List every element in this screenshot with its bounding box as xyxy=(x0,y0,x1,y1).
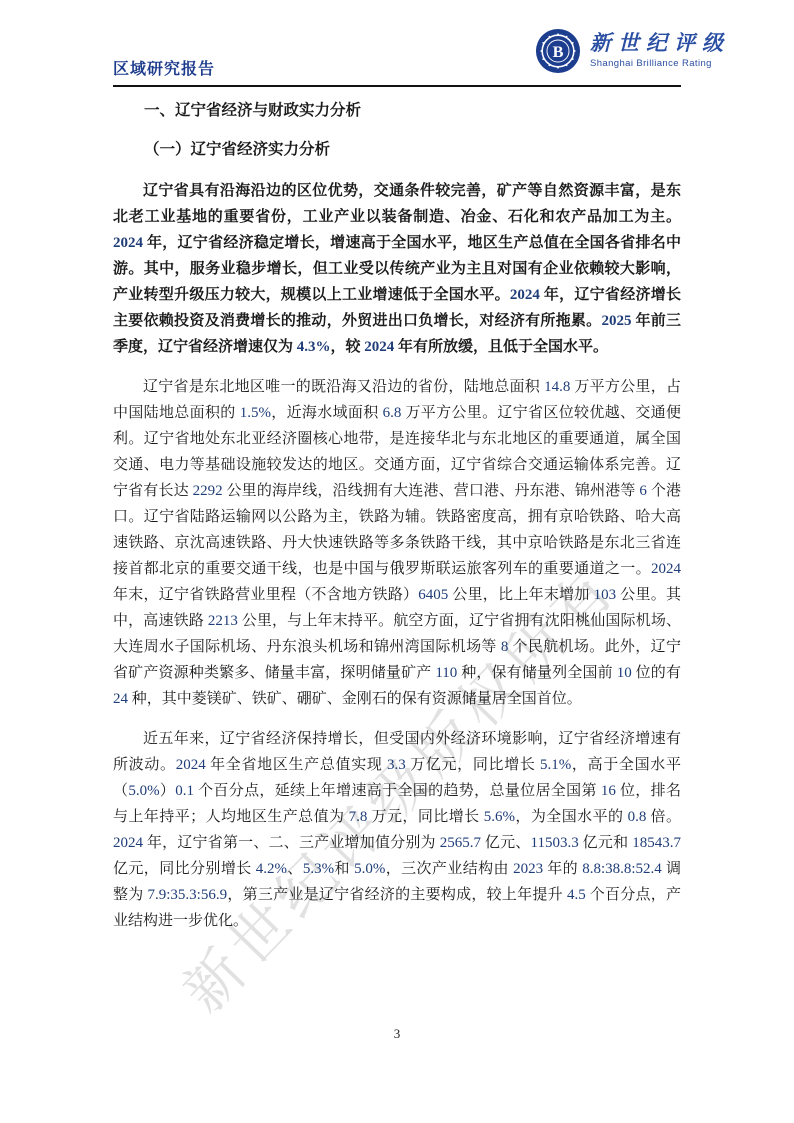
brand-logo: B 新世纪评级 Shanghai Brilliance Rating xyxy=(535,28,730,74)
svg-text:B: B xyxy=(553,42,564,61)
brand-name-en: Shanghai Brilliance Rating xyxy=(590,59,730,69)
subsection-heading: （一）辽宁省经济实力分析 xyxy=(113,139,681,161)
body-paragraph-geography: 辽宁省是东北地区唯一的既沿海又沿边的省份，陆地总面积 14.8 万平方公里，占中… xyxy=(113,374,681,712)
header-rule xyxy=(113,85,681,87)
document-body: 一、辽宁省经济与财政实力分析 （一）辽宁省经济实力分析 辽宁省具有沿海沿边的区位… xyxy=(113,100,681,948)
report-type-label: 区域研究报告 xyxy=(113,56,215,79)
section-heading: 一、辽宁省经济与财政实力分析 xyxy=(113,100,681,122)
brand-text: 新世纪评级 Shanghai Brilliance Rating xyxy=(590,33,730,69)
body-paragraph-summary: 辽宁省具有沿海沿边的区位优势，交通条件较完善，矿产等自然资源丰富，是东北老工业基… xyxy=(113,178,681,360)
brand-emblem-icon: B xyxy=(535,28,581,74)
document-page: 新世纪评级版权所有 区域研究报告 B 新世纪评级 Shanghai Brilli… xyxy=(0,0,794,1123)
body-paragraph-economy: 近五年来，辽宁省经济保持增长，但受国内外经济环境影响，辽宁省经济增速有所波动。2… xyxy=(113,726,681,934)
page-number: 3 xyxy=(0,1026,794,1042)
brand-name-cn: 新世纪评级 xyxy=(590,33,730,54)
